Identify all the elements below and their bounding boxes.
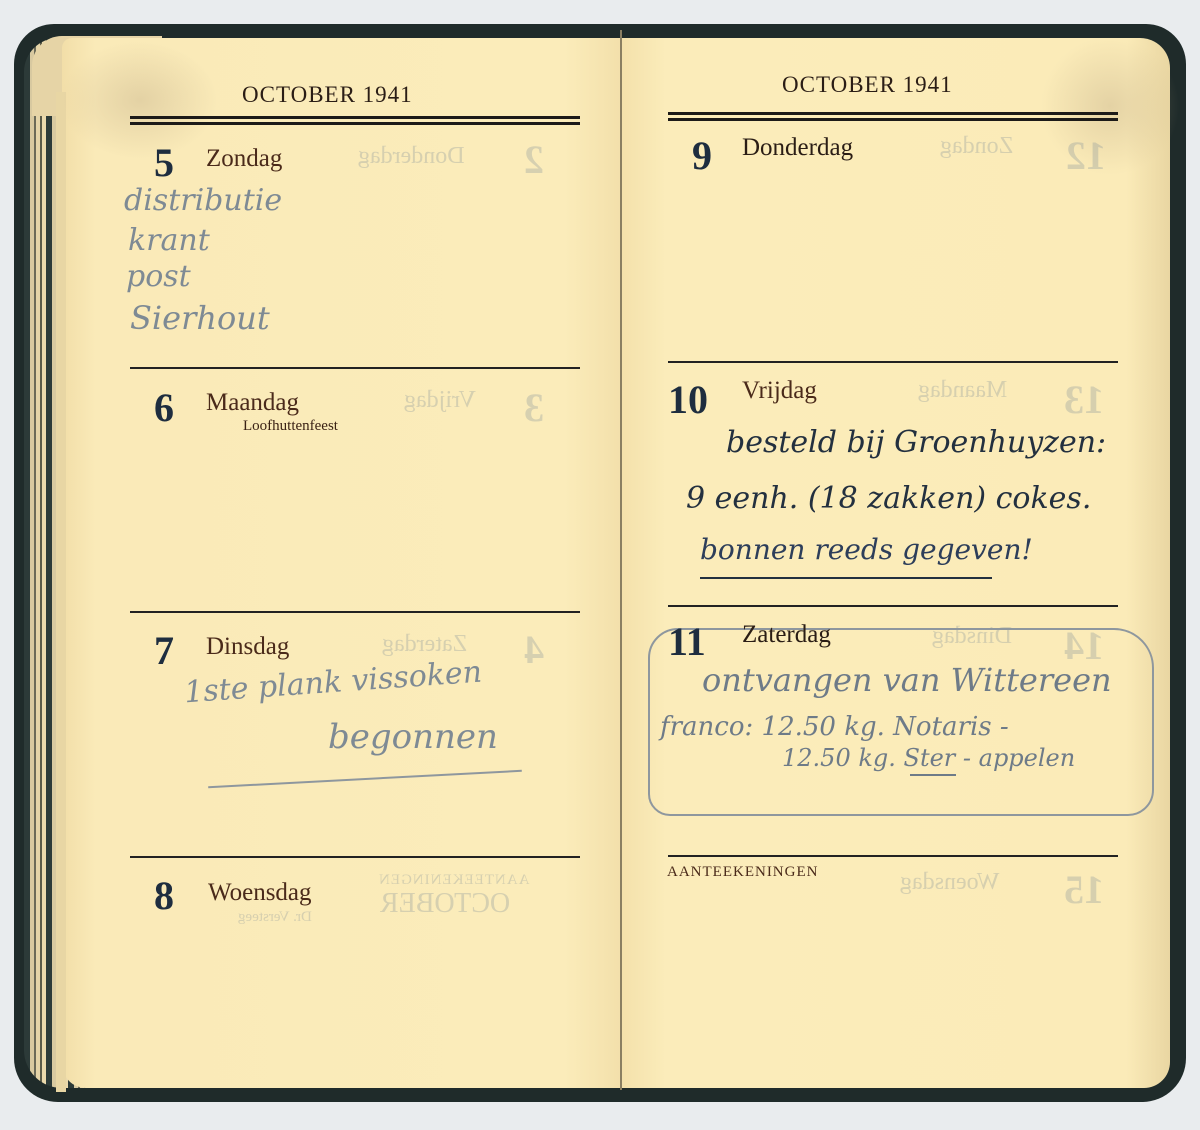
bleed-through-sub: Dr. Versteeg	[238, 910, 312, 925]
handwritten-note: 9 eenh. (18 zakken) cokes.	[686, 484, 1091, 514]
bleed-through-weekday: Maandag	[918, 378, 1007, 402]
handwritten-note: distributie	[124, 186, 282, 216]
handwritten-note: post	[126, 262, 191, 292]
header-double-rule	[130, 116, 580, 125]
day-number: 6	[154, 388, 174, 428]
handwritten-note: 12.50 kg. Ster - appelen	[782, 746, 1075, 770]
holiday-label: Loofhuttenfeest	[243, 418, 338, 435]
bleed-through-weekday: Vrijdag	[404, 388, 476, 412]
bleed-through-number: 2	[524, 140, 544, 180]
day-number: 5	[154, 143, 174, 183]
day-weekday: Zaterdag	[742, 622, 831, 647]
bleed-through-number: 15	[1064, 870, 1104, 910]
day-number: 7	[154, 631, 174, 671]
day-number: 11	[668, 622, 706, 662]
pencil-underline	[910, 774, 956, 776]
section-divider	[668, 855, 1118, 857]
bleed-through-number: 13	[1064, 380, 1104, 420]
notes-section-label: AANTEEKENINGEN	[667, 864, 818, 881]
bleed-through-weekday: Zondag	[940, 134, 1013, 158]
bleed-through-number: 3	[524, 388, 544, 428]
handwritten-note: krant	[128, 226, 210, 256]
handwritten-note: besteld bij Groenhuyzen:	[726, 428, 1106, 458]
day-weekday: Zondag	[206, 146, 282, 171]
day-divider	[668, 361, 1118, 363]
day-divider	[668, 605, 1118, 607]
bleed-through-weekday: Woensdag	[900, 870, 999, 894]
book-gutter	[620, 30, 622, 1090]
handwritten-note: ontvangen van Wittereen	[702, 664, 1112, 696]
bleed-through-number: 4	[524, 630, 544, 670]
month-header-right: OCTOBER 1941	[782, 72, 953, 98]
bleed-through-month: OCTOBER	[380, 890, 510, 918]
bleed-through-number: 12	[1066, 136, 1106, 176]
water-stain	[60, 40, 220, 160]
handwritten-note: bonnen reeds gegeven!	[700, 536, 1033, 564]
bleed-through-weekday: Zaterdag	[382, 632, 467, 656]
bleed-through-notes-label: AANTEEKENINGEN	[378, 873, 529, 888]
handwritten-note: Sierhout	[130, 302, 270, 334]
day-weekday: Maandag	[206, 390, 299, 415]
day-number: 9	[692, 136, 712, 176]
day-number: 10	[668, 380, 708, 420]
handwritten-note: begonnen	[328, 720, 498, 754]
water-stain	[1040, 36, 1180, 176]
handwritten-note: franco: 12.50 kg. Notaris -	[660, 714, 1009, 740]
day-weekday: Dinsdag	[206, 634, 289, 659]
page-edge	[56, 92, 66, 1092]
bleed-through-weekday: Donderdag	[358, 144, 465, 168]
day-number: 8	[154, 876, 174, 916]
ink-underline	[700, 577, 992, 579]
day-divider	[130, 856, 580, 858]
day-weekday: Woensdag	[208, 880, 312, 905]
day-weekday: Vrijdag	[742, 378, 817, 403]
month-header-left: OCTOBER 1941	[242, 82, 413, 108]
header-double-rule	[668, 112, 1118, 121]
day-weekday: Donderdag	[742, 135, 853, 160]
day-divider	[130, 367, 580, 369]
day-divider	[130, 611, 580, 613]
